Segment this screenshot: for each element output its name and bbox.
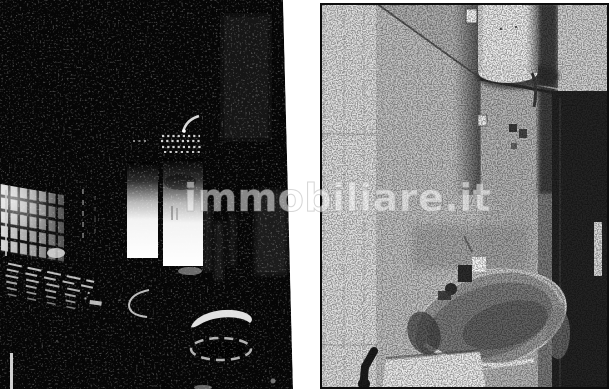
film-grain-left (0, 0, 293, 389)
right-photo-art (320, 3, 609, 389)
photo-collage-canvas: immobiliare.it (0, 0, 613, 389)
film-grain-right (320, 3, 609, 389)
left-bathroom-photo[interactable] (0, 0, 293, 389)
left-photo-art (0, 0, 293, 389)
right-bathroom-photo[interactable] (320, 3, 609, 389)
